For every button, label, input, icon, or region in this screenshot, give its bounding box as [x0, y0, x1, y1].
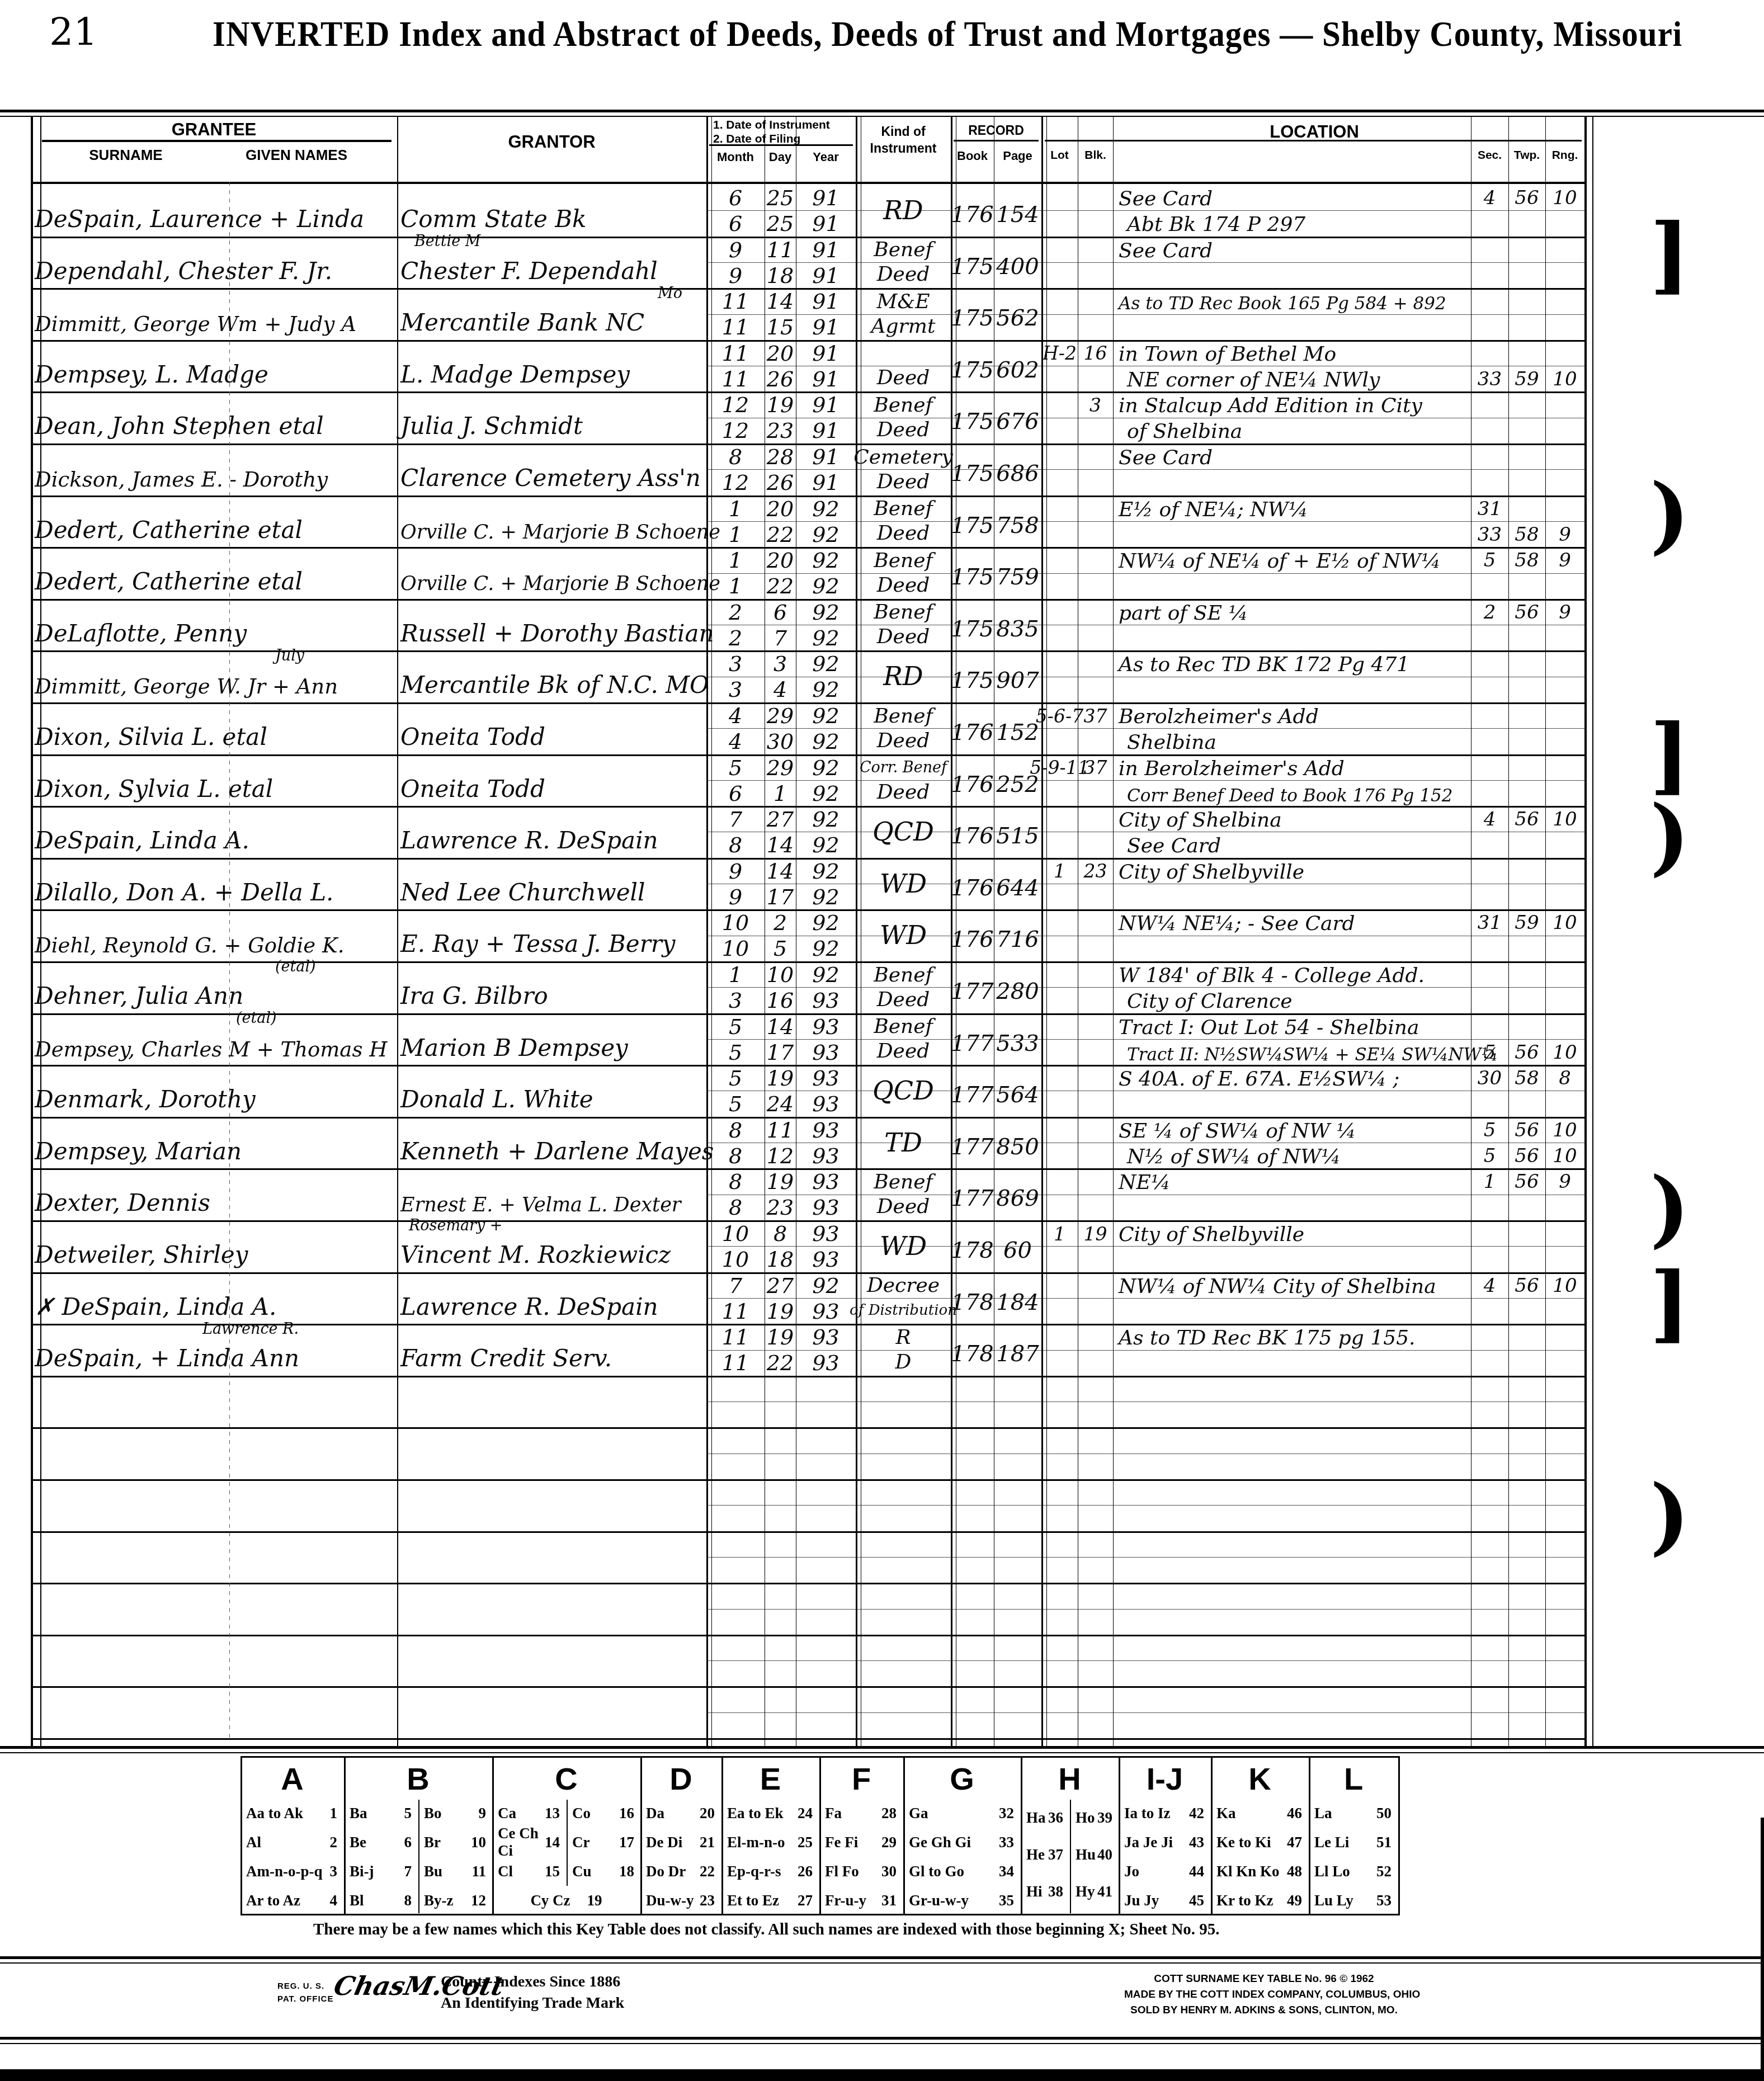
key-table-entry-text: 39 — [1097, 1809, 1112, 1827]
kind-cell: TD — [857, 1121, 950, 1164]
date-instrument-year: 93 — [796, 1221, 856, 1246]
rule-line — [567, 1800, 568, 1886]
date-filing-month: 4 — [706, 729, 765, 754]
record-page-cell: 835 — [995, 611, 1040, 647]
rule-line — [706, 1557, 1584, 1558]
record-page-cell: 564 — [995, 1077, 1040, 1113]
date-filing-month: 3 — [706, 988, 765, 1013]
date-filing-year: 92 — [796, 574, 856, 598]
record-page-cell: 515 — [995, 818, 1040, 854]
kind-cell-line2: Deed — [857, 987, 950, 1012]
margin-bracket-mark: ] — [1650, 713, 1690, 797]
col-header-twp: Twp. — [1508, 149, 1545, 162]
location-line2: Tract II: N½SW¼SW¼ + SE¼ SW¼NW¼ — [1127, 1040, 1469, 1065]
key-table-entry-text: 1 — [330, 1805, 338, 1822]
col-header-rng: Rng. — [1545, 149, 1584, 162]
key-table-entry-text: Co — [572, 1805, 591, 1822]
key-table-entry-text: 33 — [999, 1834, 1014, 1851]
key-table-entry-text: 16 — [619, 1805, 634, 1822]
key-table-entry-text: Al — [246, 1834, 261, 1851]
footer-tagline-1: County Indexes Since 1886 — [441, 1973, 620, 1991]
kind-cell-line2: Agrmt — [857, 314, 950, 338]
grantee-cell: DeSpain, Linda A. — [35, 815, 395, 854]
date-instrument-month: 1 — [706, 962, 765, 987]
date-filing-year: 92 — [796, 781, 856, 806]
date-instrument-day: 19 — [765, 393, 796, 417]
grantor-cell: Donald L. White — [400, 1074, 704, 1113]
date-filing-year: 93 — [796, 1247, 856, 1272]
record-book-cell: 175 — [952, 559, 993, 595]
date-instrument-day: 19 — [765, 1066, 796, 1091]
blk-cell: 37 — [1079, 704, 1112, 728]
location-line2: NE corner of NE¼ NWly — [1127, 367, 1469, 391]
footer-tagline-2: An Identifying Trade Mark — [441, 1994, 624, 2012]
date-instrument-year: 93 — [796, 1169, 856, 1194]
kind-cell: QCD — [857, 810, 950, 853]
key-table-entry: Ce Ch Ci14 — [498, 1829, 560, 1856]
key-table-entry-text: Ia to Iz — [1124, 1805, 1171, 1822]
date-instrument-month: 7 — [706, 807, 765, 832]
key-table-entry-text: 24 — [798, 1805, 813, 1822]
key-table-entry: Be6 — [350, 1829, 412, 1856]
record-page-cell: 602 — [995, 352, 1040, 388]
key-table-entry: De Di21 — [646, 1829, 715, 1856]
key-table-entry-text: 36 — [1048, 1809, 1063, 1827]
record-page-cell: 184 — [995, 1285, 1040, 1320]
record-book-cell: 176 — [952, 870, 993, 906]
key-table-entry: Ge Gh Gi33 — [909, 1829, 1014, 1856]
key-table-entry-text: 15 — [545, 1863, 560, 1880]
col-header-kind-1: Kind of — [856, 124, 951, 139]
kind-cell-line2: D — [857, 1349, 950, 1374]
key-table-entry-text: 25 — [798, 1834, 813, 1851]
rule-line — [0, 2037, 1764, 2040]
col-header-book: Book — [951, 149, 994, 163]
date-filing-day: 25 — [765, 211, 796, 236]
key-table-entry-text: 21 — [700, 1834, 715, 1851]
rule-line — [31, 116, 33, 1746]
twp-cell-line1: 59 — [1510, 910, 1544, 935]
kind-cell-line2: Deed — [857, 780, 950, 805]
date-filing-day: 24 — [765, 1092, 796, 1116]
date-instrument-year: 91 — [796, 393, 856, 417]
sec-cell-line2: 5 — [1472, 1040, 1507, 1065]
date-filing-month: 5 — [706, 1092, 765, 1116]
key-table-entry-span: Cy Cz19 — [509, 1887, 624, 1914]
date-filing-day: 30 — [765, 729, 796, 754]
scanned-ledger-page: 21 INVERTED Index and Abstract of Deeds,… — [0, 0, 1764, 2081]
date-instrument-day: 11 — [765, 1118, 796, 1143]
key-table-entry: Bl8 — [350, 1887, 412, 1914]
page-number: 21 — [49, 10, 98, 54]
lot-cell: 5-9-11 — [1043, 756, 1077, 780]
key-table-letter: L — [1309, 1761, 1398, 1797]
key-table-entry: Kr to Kz49 — [1216, 1887, 1302, 1914]
date-filing-month: 11 — [706, 1351, 765, 1375]
rule-line — [0, 1962, 1764, 1964]
date-filing-year: 92 — [796, 522, 856, 547]
key-table-entry-text: Am-n-o-p-q — [246, 1863, 323, 1880]
record-book-cell: 175 — [952, 300, 993, 336]
date-filing-day: 12 — [765, 1144, 796, 1168]
record-book-cell: 178 — [952, 1233, 993, 1268]
date-instrument-year: 91 — [796, 341, 856, 366]
date-instrument-month: 8 — [706, 1118, 765, 1143]
key-table-entry-text: 29 — [881, 1834, 897, 1851]
key-table-entry-text: Ea to Ek — [727, 1805, 784, 1822]
rule-line — [418, 1800, 419, 1913]
grantor-cell: Orville C. + Marjorie B Schoene — [400, 504, 704, 544]
key-table-entry-text: Ga — [909, 1805, 928, 1822]
key-table-entry-text: 44 — [1189, 1863, 1204, 1880]
twp-cell-line1: 56 — [1510, 1118, 1544, 1143]
record-book-cell: 176 — [952, 197, 993, 233]
kind-cell: WD — [857, 914, 950, 956]
key-table-entry-text: 26 — [798, 1863, 813, 1880]
location-line1: Berolzheimer's Add — [1119, 704, 1469, 728]
rule-line — [994, 116, 994, 1746]
date-instrument-month: 1 — [706, 548, 765, 573]
kind-cell: RD — [857, 189, 950, 232]
record-book-cell: 176 — [952, 767, 993, 803]
date-filing-month: 3 — [706, 677, 765, 702]
kind-cell-line1: Decree — [857, 1273, 950, 1298]
grantee-cell: Dickson, James E. - Dorothy — [35, 452, 395, 492]
rng-cell-line1: 10 — [1546, 910, 1583, 935]
kind-cell-line1: Benef — [857, 600, 950, 625]
rule-line — [706, 1505, 1584, 1506]
rule-line — [1508, 116, 1509, 1746]
date-instrument-year: 92 — [796, 756, 856, 780]
grantor-cell: Clarence Cemetery Ass'n — [400, 452, 704, 492]
record-book-cell: 177 — [952, 1129, 993, 1165]
kind-cell-line1: R — [857, 1325, 950, 1349]
record-page-cell: 187 — [995, 1336, 1040, 1372]
date-instrument-year: 92 — [796, 962, 856, 987]
kind-cell: RD — [857, 655, 950, 697]
record-page-cell: 154 — [995, 197, 1040, 233]
location-line2: N½ of SW¼ of NW¼ — [1127, 1144, 1469, 1168]
location-line1: in Stalcup Add Edition in City — [1119, 393, 1469, 417]
kind-cell-line2: Deed — [857, 521, 950, 546]
date-instrument-day: 29 — [765, 704, 796, 728]
key-table-entry-text: Gl to Go — [909, 1863, 964, 1880]
key-table-entry-text: Ho — [1076, 1809, 1095, 1827]
kind-cell-line1: Benef — [857, 962, 950, 987]
key-table-entry-text: 23 — [700, 1892, 715, 1909]
key-table-entry-text: Fa — [825, 1805, 842, 1822]
rule-line — [706, 1454, 1584, 1454]
key-table-entry-text: 27 — [798, 1892, 813, 1909]
twp-cell-line1: 56 — [1510, 807, 1544, 832]
location-line1: See Card — [1119, 445, 1469, 469]
twp-cell-line1: 58 — [1510, 548, 1544, 573]
grantor-cell: Russell + Dorothy Bastian — [400, 608, 704, 647]
key-table-entry: Ho39 — [1076, 1804, 1112, 1831]
key-table-entry-text: Hu — [1076, 1846, 1096, 1863]
sec-cell-line1: 31 — [1472, 497, 1507, 521]
date-instrument-month: 11 — [706, 1325, 765, 1349]
rule-line — [706, 469, 1584, 470]
grantee-cell: Dempsey, Marian — [35, 1126, 395, 1165]
key-table-entry-text: 14 — [545, 1834, 560, 1851]
date-filing-day: 17 — [765, 1040, 796, 1065]
key-table-entry: Ll Lo52 — [1314, 1858, 1392, 1885]
date-instrument-month: 9 — [706, 859, 765, 884]
rule-line — [0, 116, 1764, 117]
record-book-cell: 175 — [952, 508, 993, 544]
key-table-entry-text: Cl — [498, 1863, 513, 1880]
rng-cell-line2: 9 — [1546, 522, 1583, 547]
grantor-cell: L. Madge Dempsey — [400, 349, 704, 388]
date-filing-year: 92 — [796, 936, 856, 961]
record-page-cell: 686 — [995, 456, 1040, 492]
col-header-grantee: GRANTEE — [31, 120, 397, 140]
grantee-cell: Dixon, Sylvia L. etal — [35, 763, 395, 803]
kind-cell-line2: Deed — [857, 417, 950, 442]
rule-line — [0, 2069, 1764, 2081]
record-page-cell: 533 — [995, 1026, 1040, 1061]
key-table-entry-text: 46 — [1287, 1805, 1302, 1822]
date-instrument-month: 11 — [706, 289, 765, 314]
key-table-entry: Le Li51 — [1314, 1829, 1392, 1856]
sec-cell-line1: 2 — [1472, 600, 1507, 625]
date-instrument-month: 2 — [706, 600, 765, 625]
key-table-entry-text: Ke to Ki — [1216, 1834, 1271, 1851]
kind-cell-line1: Cemetery — [857, 445, 950, 469]
date-filing-year: 93 — [796, 1299, 856, 1324]
kind-cell-line1: Benef — [857, 1014, 950, 1039]
grantee-cell: Dixon, Silvia L. etal — [35, 711, 395, 751]
date-filing-month: 11 — [706, 315, 765, 339]
key-table-entry-text: 2 — [330, 1834, 338, 1851]
grantor-cell: Lawrence R. DeSpain — [400, 1281, 704, 1320]
rule-line — [1070, 1800, 1071, 1913]
twp-cell-line1: 58 — [1510, 1066, 1544, 1091]
rule-line — [1398, 1756, 1400, 1915]
key-table-entry-text: Kl Kn Ko — [1216, 1863, 1280, 1880]
key-table-entry: Do Dr22 — [646, 1858, 715, 1885]
key-table-entry-text: Hi — [1026, 1883, 1043, 1900]
record-book-cell: 175 — [952, 456, 993, 492]
kind-cell-line1: M&E — [857, 289, 950, 314]
key-table-note: There may be a few names which this Key … — [313, 1920, 1220, 1939]
key-table-entry-text: 28 — [881, 1805, 897, 1822]
rule-line — [31, 1583, 1585, 1584]
date-filing-month: 6 — [706, 781, 765, 806]
key-table-entry: Gr-u-w-y35 — [909, 1887, 1014, 1914]
rule-line — [706, 987, 1584, 988]
key-table-entry-text: Kr to Kz — [1216, 1892, 1273, 1909]
key-table-entry-text: 3 — [330, 1863, 338, 1880]
key-table-entry-text: 53 — [1376, 1892, 1392, 1909]
key-table-entry: Ar to Az4 — [246, 1887, 337, 1914]
sec-cell-line1: 4 — [1472, 186, 1507, 210]
date-instrument-year: 92 — [796, 652, 856, 676]
key-table-entry: Ja Je Ji43 — [1124, 1829, 1204, 1856]
col-header-year: Year — [796, 150, 856, 164]
key-table-entry-text: 5 — [404, 1805, 412, 1822]
sec-cell-line1: 1 — [1472, 1169, 1507, 1194]
rng-cell-line2: 10 — [1546, 367, 1583, 391]
key-table-entry-text: Et to Ez — [727, 1892, 779, 1909]
rule-line — [706, 1712, 1584, 1713]
col-header-surname: SURNAME — [59, 147, 193, 164]
record-book-cell: 175 — [952, 249, 993, 285]
twp-cell-line1: 56 — [1510, 1273, 1544, 1298]
date-filing-day: 23 — [765, 418, 796, 443]
key-table-entry: La50 — [1314, 1800, 1392, 1827]
key-table-entry-text: Ar to Az — [246, 1892, 300, 1909]
date-instrument-day: 29 — [765, 756, 796, 780]
record-book-cell: 176 — [952, 818, 993, 854]
rule-line — [31, 1479, 1585, 1481]
key-table-entry: Cu18 — [572, 1858, 634, 1885]
sec-cell-line1: 30 — [1472, 1066, 1507, 1091]
location-line1: Tract I: Out Lot 54 - Shelbina — [1119, 1014, 1469, 1039]
location-line1: W 184' of Blk 4 - College Add. — [1119, 962, 1469, 987]
date-instrument-month: 3 — [706, 652, 765, 676]
col-header-grantor: GRANTOR — [397, 132, 706, 152]
kind-cell-line2: of Distribution — [857, 1298, 950, 1323]
kind-cell-line1: Benef — [857, 393, 950, 417]
date-filing-day: 1 — [765, 781, 796, 806]
record-page-cell: 869 — [995, 1181, 1040, 1216]
rule-line — [1113, 116, 1114, 1746]
date-filing-month: 8 — [706, 1144, 765, 1168]
grantee-cell: Detweiler, Shirley — [35, 1229, 395, 1268]
date-filing-day: 22 — [765, 574, 796, 598]
key-table-entry: Kl Kn Ko48 — [1216, 1858, 1302, 1885]
date-instrument-day: 19 — [765, 1169, 796, 1194]
date-filing-day: 17 — [765, 885, 796, 909]
record-page-cell: 676 — [995, 404, 1040, 440]
rule-line — [1471, 116, 1471, 1746]
date-instrument-day: 27 — [765, 807, 796, 832]
rule-line — [31, 1531, 1585, 1533]
grantee-cell: ✗ DeSpain, Linda A. — [35, 1281, 395, 1320]
key-table-entry-text: 10 — [471, 1834, 486, 1851]
grantor-cell: Orville C. + Marjorie B Schoene — [400, 556, 704, 595]
key-table-entry: Bo9 — [424, 1800, 486, 1827]
location-line1: As to TD Rec Book 165 Pg 584 + 892 — [1119, 289, 1469, 314]
key-table-entry: Fa28 — [825, 1800, 897, 1827]
grantor-cell: Ernest E. + Velma L. Dexter — [400, 1177, 704, 1216]
key-table-entry-text: Gr-u-w-y — [909, 1892, 969, 1909]
rule-line — [706, 1246, 1584, 1247]
key-table-entry-text: 13 — [545, 1805, 560, 1822]
date-filing-year: 93 — [796, 1040, 856, 1065]
sec-cell-line1: 4 — [1472, 1273, 1507, 1298]
date-instrument-month: 6 — [706, 186, 765, 210]
sec-cell-line2: 33 — [1472, 522, 1507, 547]
grantor-cell: Ira G. Bilbro — [400, 970, 704, 1009]
rule-line — [706, 1402, 1584, 1402]
rule-line — [1045, 140, 1582, 141]
date-filing-year: 92 — [796, 885, 856, 909]
date-instrument-month: 5 — [706, 756, 765, 780]
record-book-cell: 178 — [952, 1336, 993, 1372]
key-table-entry: El-m-n-o25 — [727, 1829, 813, 1856]
rule-line — [1761, 1818, 1764, 2081]
rng-cell-line1: 9 — [1546, 600, 1583, 625]
key-table-entry: Ea to Ek24 — [727, 1800, 813, 1827]
key-table-entry-text: 40 — [1097, 1846, 1112, 1863]
key-table-letter: D — [640, 1761, 721, 1797]
key-table-letter: E — [721, 1761, 819, 1797]
key-table-entry-text: 4 — [330, 1892, 338, 1909]
key-table-letter: H — [1021, 1761, 1119, 1797]
location-line2: City of Clarence — [1127, 988, 1469, 1013]
key-table-entry-text: 6 — [404, 1834, 412, 1851]
key-table-entry-text: 22 — [700, 1863, 715, 1880]
date-instrument-year: 91 — [796, 445, 856, 469]
key-table-entry: Ep-q-r-s26 — [727, 1858, 813, 1885]
date-instrument-year: 91 — [796, 289, 856, 314]
date-filing-month: 9 — [706, 885, 765, 909]
location-line1: As to TD Rec BK 175 pg 155. — [1119, 1325, 1469, 1349]
rule-line — [0, 1752, 1764, 1753]
twp-cell-line2: 59 — [1510, 367, 1544, 391]
rule-line — [709, 144, 853, 146]
grantor-cell: Mercantile Bank NC — [400, 297, 704, 336]
key-table-entry-text: Aa to Ak — [246, 1805, 303, 1822]
key-table-entry-text: Le Li — [1314, 1834, 1349, 1851]
record-book-cell: 177 — [952, 1077, 993, 1113]
key-table-entry: Cr17 — [572, 1829, 634, 1856]
kind-cell-line2: Deed — [857, 625, 950, 649]
date-filing-year: 91 — [796, 315, 856, 339]
sec-cell-line2: 5 — [1472, 1144, 1507, 1168]
kind-cell-line2: Deed — [857, 469, 950, 494]
date-instrument-day: 19 — [765, 1325, 796, 1349]
blk-cell: 16 — [1079, 341, 1112, 366]
record-page-cell: 152 — [995, 715, 1040, 751]
date-instrument-month: 1 — [706, 497, 765, 521]
key-table-entry: Ga32 — [909, 1800, 1014, 1827]
twp-cell-line1: 56 — [1510, 186, 1544, 210]
key-table-entry-text: 42 — [1189, 1805, 1204, 1822]
date-filing-month: 12 — [706, 418, 765, 443]
key-table-entry: Hu40 — [1076, 1841, 1112, 1868]
key-table-letter: B — [344, 1761, 492, 1797]
grantee-cell: DeSpain, Laurence + Linda — [35, 194, 395, 233]
rule-line — [706, 210, 1584, 211]
key-table-entry-text: 35 — [999, 1892, 1014, 1909]
grantee-cell: Dedert, Catherine etal — [35, 504, 395, 544]
rule-line — [1545, 116, 1546, 1746]
key-table-entry-text: 9 — [479, 1805, 487, 1822]
date-instrument-day: 28 — [765, 445, 796, 469]
record-page-cell: 60 — [995, 1233, 1040, 1268]
key-table-entry: Am-n-o-p-q3 — [246, 1858, 337, 1885]
date-filing-day: 5 — [765, 936, 796, 961]
date-filing-month: 10 — [706, 1247, 765, 1272]
kind-cell-line2: Deed — [857, 262, 950, 287]
key-table-entry-text: Ja Je Ji — [1124, 1834, 1173, 1851]
date-instrument-month: 10 — [706, 910, 765, 935]
key-table-entry-text: Bo — [424, 1805, 442, 1822]
col-header-kind-2: Instrument — [856, 141, 951, 156]
date-instrument-year: 91 — [796, 186, 856, 210]
rule-line — [0, 1746, 1764, 1749]
rule-line — [31, 1686, 1585, 1688]
key-table-entry-text: Ba — [350, 1805, 367, 1822]
col-header-day: Day — [765, 150, 796, 164]
date-instrument-day: 14 — [765, 859, 796, 884]
date-filing-month: 1 — [706, 522, 765, 547]
trademark-reg-line2: PAT. OFFICE — [277, 1994, 333, 2004]
